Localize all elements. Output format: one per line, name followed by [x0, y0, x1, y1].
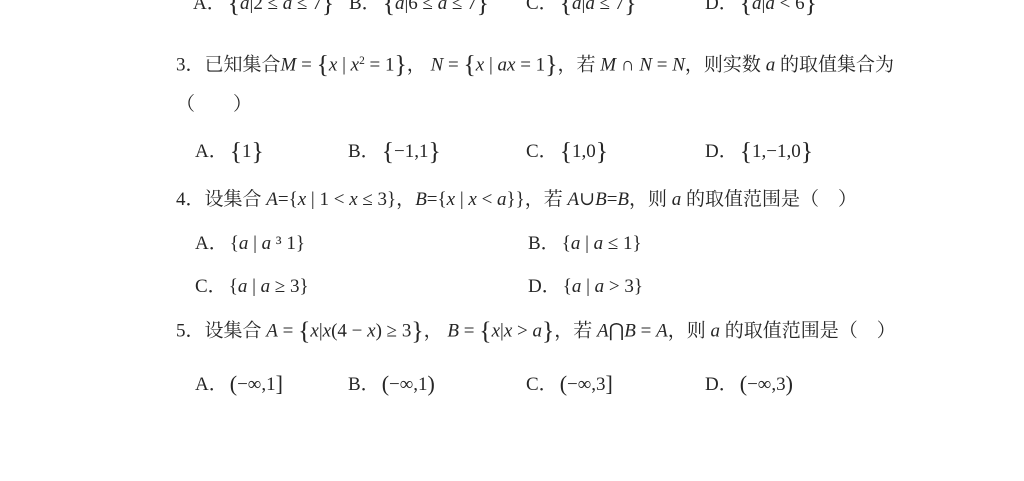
option-value: {a|a < 6} — [740, 0, 817, 14]
option-value: {1,−1,0} — [740, 141, 813, 162]
option-value: {a | a ³ 1} — [230, 233, 305, 254]
question-2-option-b-partial: B．{a|6 ≤ a ≤ 7} — [349, 0, 489, 17]
option-value: {a|6 ≤ a ≤ 7} — [383, 0, 489, 14]
question-3-stem: 3．已知集合M = {x | x2 = 1}， N = {x | ax = 1}… — [176, 44, 894, 82]
option-label: A． — [195, 141, 228, 162]
option-label: C． — [526, 141, 558, 162]
option-value: (−∞,3] — [560, 374, 613, 395]
option-value: (−∞,1) — [382, 374, 435, 395]
question-5-option-d: D．(−∞,3) — [705, 370, 793, 399]
question-3-option-c: C．{1,0} — [526, 138, 608, 165]
option-label: C． — [526, 0, 558, 14]
question-5-stem: 5．设集合 A = {x|x(4 − x) ≥ 3}， B = {x|x > a… — [176, 314, 896, 349]
option-value: (−∞,3) — [740, 374, 793, 395]
option-value: {a | a > 3} — [563, 276, 643, 297]
option-label: A． — [195, 233, 228, 254]
option-label: B． — [348, 141, 380, 162]
option-label: C． — [195, 276, 227, 297]
option-value: {1} — [230, 141, 264, 162]
option-label: B． — [349, 0, 381, 14]
option-label: A． — [193, 0, 226, 14]
option-value: {a|a ≤ 7} — [560, 0, 637, 14]
option-label: C． — [526, 374, 558, 395]
question-4-stem: 4．设集合 A={x | 1 < x ≤ 3}，B={x | x < a}}，若… — [176, 187, 857, 213]
question-4-option-d: D．{a | a > 3} — [528, 274, 643, 300]
question-5-option-c: C．(−∞,3] — [526, 370, 613, 399]
question-4-option-c: C．{a | a ≥ 3} — [195, 274, 309, 300]
question-3-option-b: B．{−1,1} — [348, 138, 441, 165]
question-4-option-b: B．{a | a ≤ 1} — [528, 231, 642, 257]
option-value: {a|2 ≤ a ≤ 7} — [228, 0, 334, 14]
option-label: D． — [528, 276, 561, 297]
question-3-answer-blank: （ ） — [176, 92, 252, 118]
option-label: D． — [705, 0, 738, 14]
option-value: {−1,1} — [382, 141, 441, 162]
question-4-option-a: A．{a | a ³ 1} — [195, 231, 305, 257]
option-value: {a | a ≤ 1} — [562, 233, 642, 254]
question-3-option-a: A．{1} — [195, 138, 264, 165]
question-5-option-b: B．(−∞,1) — [348, 370, 435, 399]
question-2-option-d-partial: D．{a|a < 6} — [705, 0, 817, 17]
question-2-option-c-partial: C．{a|a ≤ 7} — [526, 0, 637, 17]
option-value: (−∞,1] — [230, 374, 283, 395]
question-3-option-d: D．{1,−1,0} — [705, 138, 813, 165]
worksheet-page: A．{a|2 ≤ a ≤ 7} B．{a|6 ≤ a ≤ 7} C．{a|a ≤… — [0, 0, 1024, 481]
option-label: D． — [705, 374, 738, 395]
option-label: B． — [528, 233, 560, 254]
option-label: B． — [348, 374, 380, 395]
option-label: A． — [195, 374, 228, 395]
option-value: {1,0} — [560, 141, 608, 162]
option-label: D． — [705, 141, 738, 162]
question-2-option-a-partial: A．{a|2 ≤ a ≤ 7} — [193, 0, 334, 17]
option-value: {a | a ≥ 3} — [229, 276, 309, 297]
question-5-option-a: A．(−∞,1] — [195, 370, 283, 399]
